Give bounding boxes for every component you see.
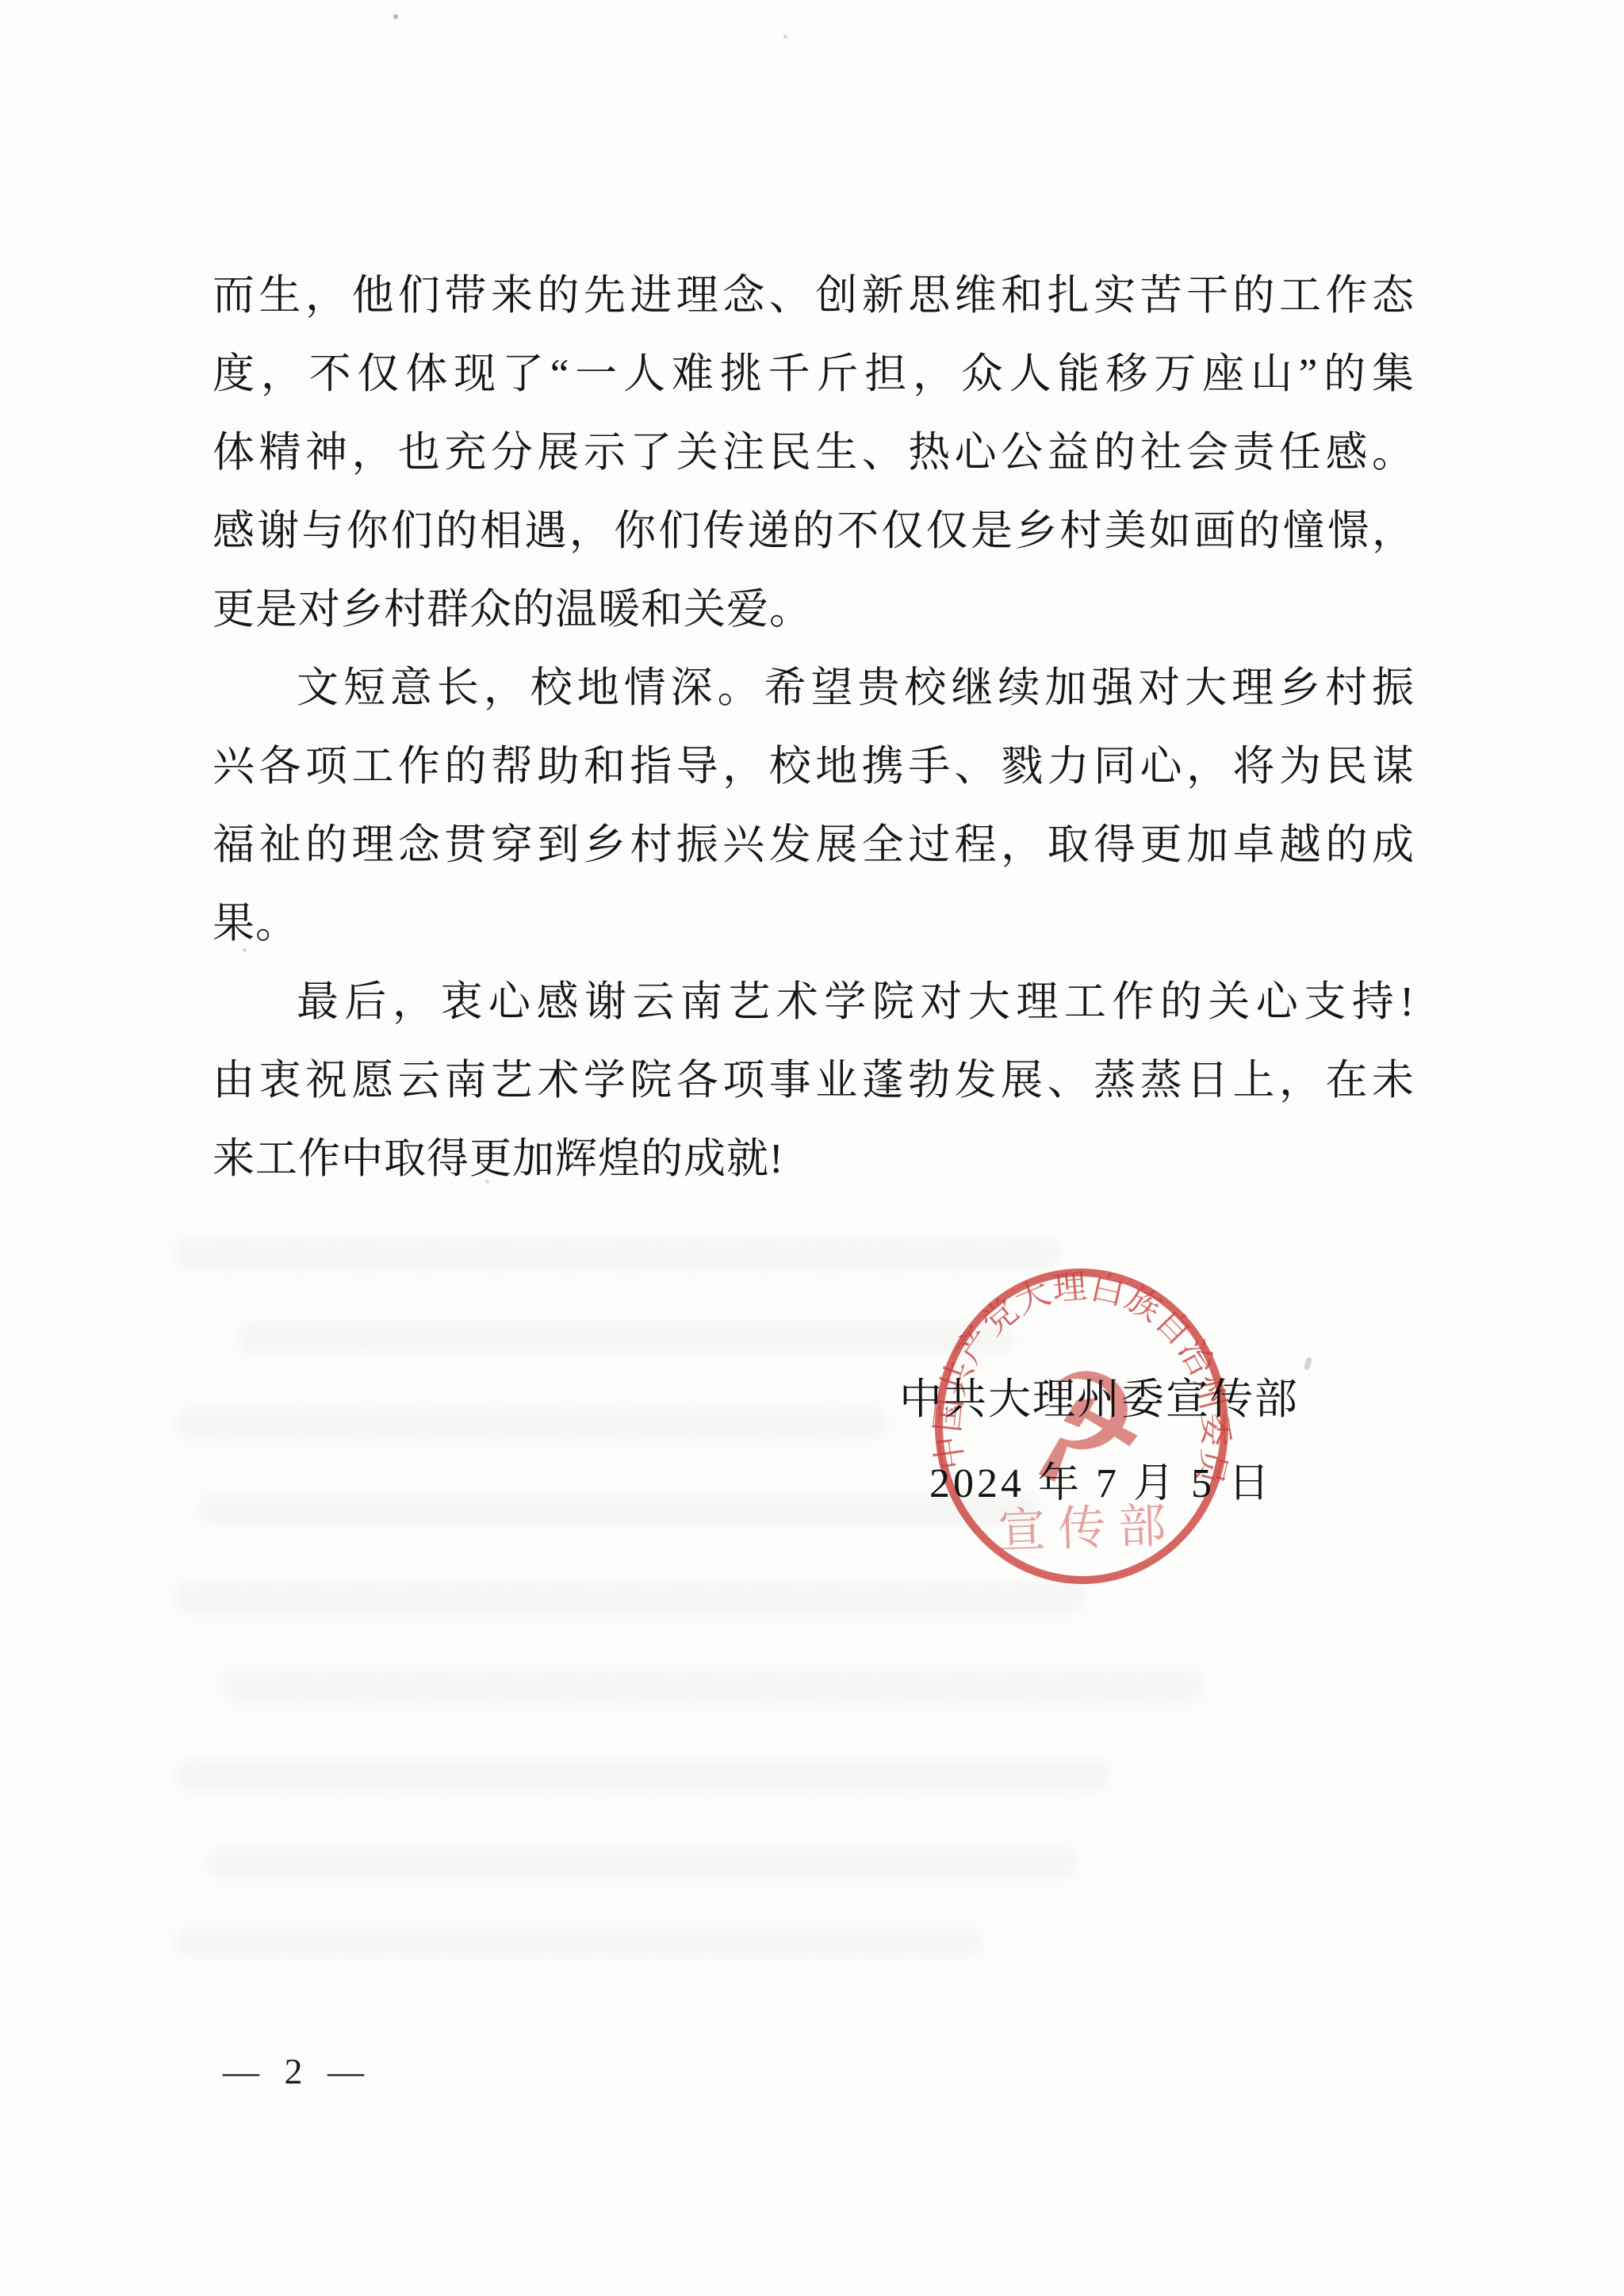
letter-line: 福祉的理念贯穿到乡村振兴发展全过程，取得更加卓越的成 — [213, 806, 1415, 885]
paragraph: 而生，他们带来的先进理念、创新思维和扎实苦干的工作态 度，不仅体现了“一人难挑千… — [213, 257, 1415, 649]
letter-line: 更是对乡村群众的温暖和关爱。 — [213, 571, 1415, 649]
letter-line: 兴各项工作的帮助和指导，校地携手、戮力同心，将为民谋 — [213, 728, 1415, 806]
bleed-through-artifact — [206, 1847, 1078, 1879]
scanned-letter-page: 而生，他们带来的先进理念、创新思维和扎实苦干的工作态 度，不仅体现了“一人难挑千… — [0, 0, 1624, 2296]
paper-speck — [393, 14, 398, 19]
paragraph: 文短意长，校地情深。希望贵校继续加强对大理乡村振 兴各项工作的帮助和指导，校地携… — [213, 649, 1415, 963]
letter-body: 而生，他们带来的先进理念、创新思维和扎实苦干的工作态 度，不仅体现了“一人难挑千… — [213, 257, 1415, 1199]
letter-line: 最后，衷心感谢云南艺术学院对大理工作的关心支持! — [213, 963, 1415, 1042]
letter-line: 度，不仅体现了“一人难挑千斤担，众人能移万座山”的集 — [213, 335, 1415, 414]
bleed-through-artifact — [174, 1927, 983, 1957]
bleed-through-artifact — [174, 1758, 1110, 1792]
bleed-through-artifact — [222, 1670, 1205, 1703]
bleed-through-artifact — [174, 1237, 1063, 1270]
paper-speck — [1304, 1357, 1313, 1370]
bleed-through-artifact — [238, 1322, 1015, 1354]
bleed-through-artifact — [174, 1407, 888, 1439]
letter-line: 果。 — [213, 885, 1415, 963]
letter-line: 由衷祝愿云南艺术学院各项事业蓬勃发展、蒸蒸日上，在未 — [213, 1042, 1415, 1120]
letter-line: 感谢与你们的相遇，你们传递的不仅仅是乡村美如画的憧憬， — [213, 492, 1415, 571]
letter-line: 文短意长，校地情深。希望贵校继续加强对大理乡村振 — [213, 649, 1415, 728]
page-number: — 2 — — [223, 2050, 372, 2092]
official-seal: 中国共产党大理白族自治州委员会 ☭ 宣传部 — [921, 1260, 1243, 1594]
bleed-through-artifact — [198, 1494, 1039, 1525]
signature-line: 中共大理州委宣传部 — [899, 1365, 1299, 1426]
date-line: 2024 年 7 月 5 日 — [929, 1449, 1273, 1509]
letter-line: 而生，他们带来的先进理念、创新思维和扎实苦干的工作态 — [213, 257, 1415, 335]
letter-line: 来工作中取得更加辉煌的成就! — [213, 1120, 1415, 1199]
paragraph: 最后，衷心感谢云南艺术学院对大理工作的关心支持! 由衷祝愿云南艺术学院各项事业蓬… — [213, 963, 1415, 1199]
letter-line: 体精神，也充分展示了关注民生、热心公益的社会责任感。 — [213, 414, 1415, 492]
paper-speck — [783, 35, 787, 39]
